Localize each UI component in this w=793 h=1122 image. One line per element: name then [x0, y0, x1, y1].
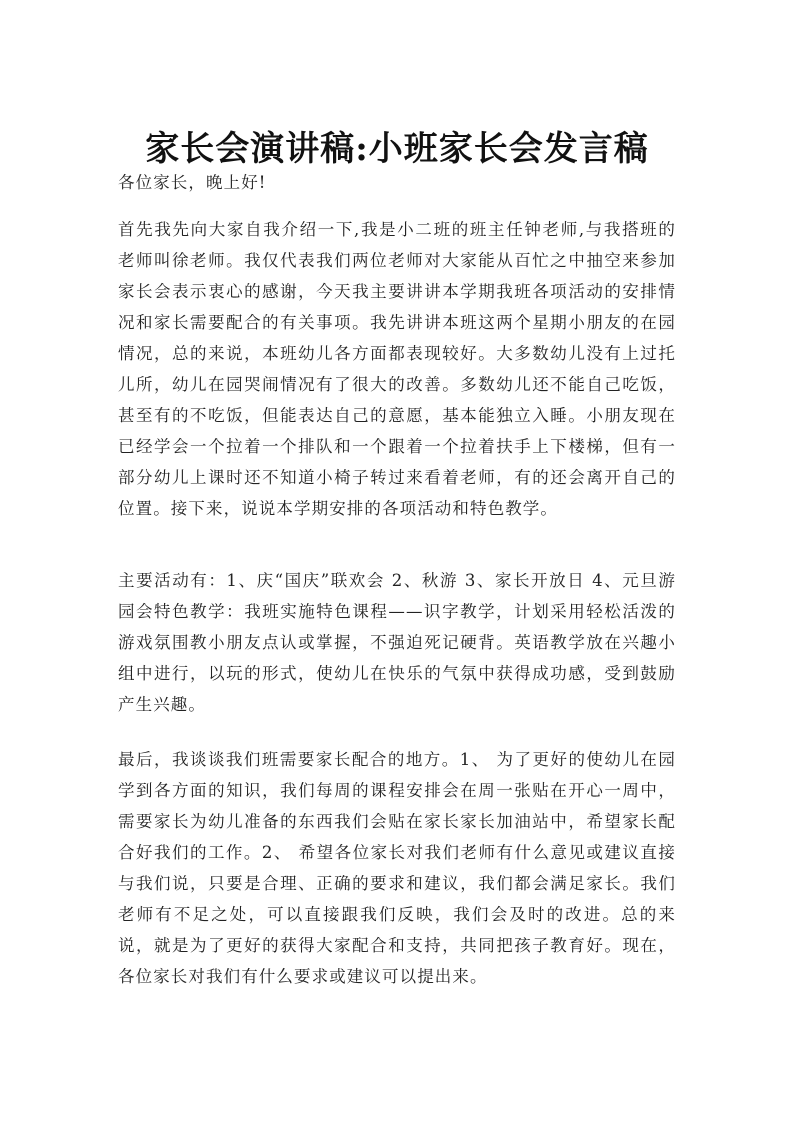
greeting-paragraph: 各位家长，晚上好! — [118, 167, 676, 198]
document-title: 家长会演讲稿:小班家长会发言稿 — [118, 121, 676, 170]
introduction-paragraph: 首先我先向大家自我介绍一下,我是小二班的班主任钟老师,与我搭班的老师叫徐老师。我… — [118, 214, 676, 524]
parent-cooperation-paragraph: 最后，我谈谈我们班需要家长配合的地方。1、 为了更好的使幼儿在园学到各方面的知识… — [118, 744, 676, 992]
activities-paragraph: 主要活动有：1、庆“国庆”联欢会 2、秋游 3、家长开放日 4、元旦游园会特色教… — [118, 565, 676, 720]
